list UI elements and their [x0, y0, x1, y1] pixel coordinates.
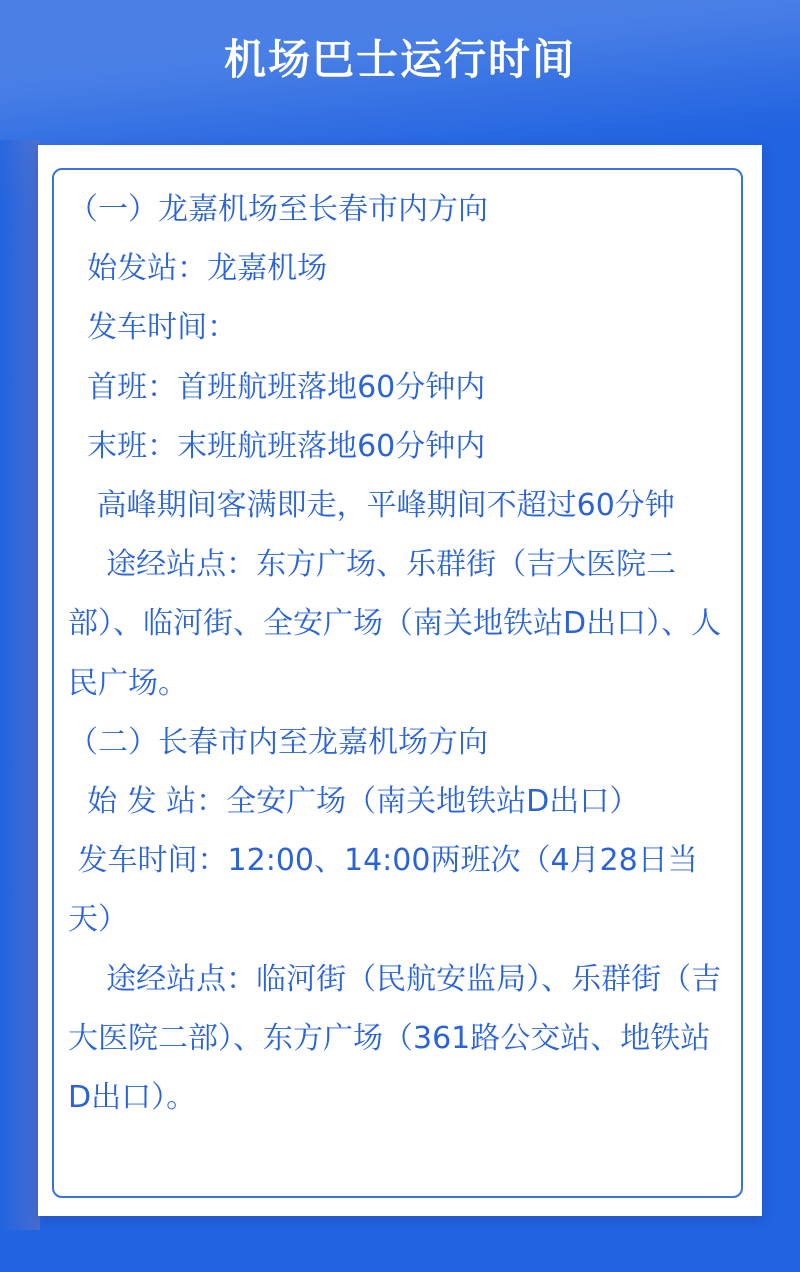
- schedule-card: （一）龙嘉机场至长春市内方向 始发站：龙嘉机场 发车时间： 首班：首班航班落地6…: [38, 145, 762, 1216]
- background-shadow: [0, 140, 40, 1230]
- section-2-stops: 途经站点：临河街（民航安监局）、乐群街（吉大医院二部）、东方广场（361路公交站…: [68, 950, 732, 1128]
- page-title: 机场巴士运行时间: [0, 32, 800, 88]
- section-1-stops: 途经站点：东方广场、乐群街（吉大医院二部）、临河街、全安广场（南关地铁站D出口）…: [68, 535, 732, 713]
- section-1-heading: （一）龙嘉机场至长春市内方向: [68, 180, 732, 239]
- section-2-heading: （二）长春市内至龙嘉机场方向: [68, 713, 732, 772]
- section-2-origin: 始 发 站：全安广场（南关地铁站D出口）: [68, 772, 732, 831]
- schedule-content: （一）龙嘉机场至长春市内方向 始发站：龙嘉机场 发车时间： 首班：首班航班落地6…: [68, 180, 732, 1127]
- section-2-departure: 发车时间：12:00、14:00两班次（4月28日当天）: [68, 831, 732, 949]
- section-1-frequency: 高峰期间客满即走，平峰期间不超过60分钟: [68, 476, 732, 535]
- section-1-departure-label: 发车时间：: [68, 298, 732, 357]
- schedule-card-border: （一）龙嘉机场至长春市内方向 始发站：龙嘉机场 发车时间： 首班：首班航班落地6…: [52, 168, 743, 1198]
- section-1-origin: 始发站：龙嘉机场: [68, 239, 732, 298]
- section-1-last-bus: 末班：末班航班落地60分钟内: [68, 417, 732, 476]
- section-1-first-bus: 首班：首班航班落地60分钟内: [68, 358, 732, 417]
